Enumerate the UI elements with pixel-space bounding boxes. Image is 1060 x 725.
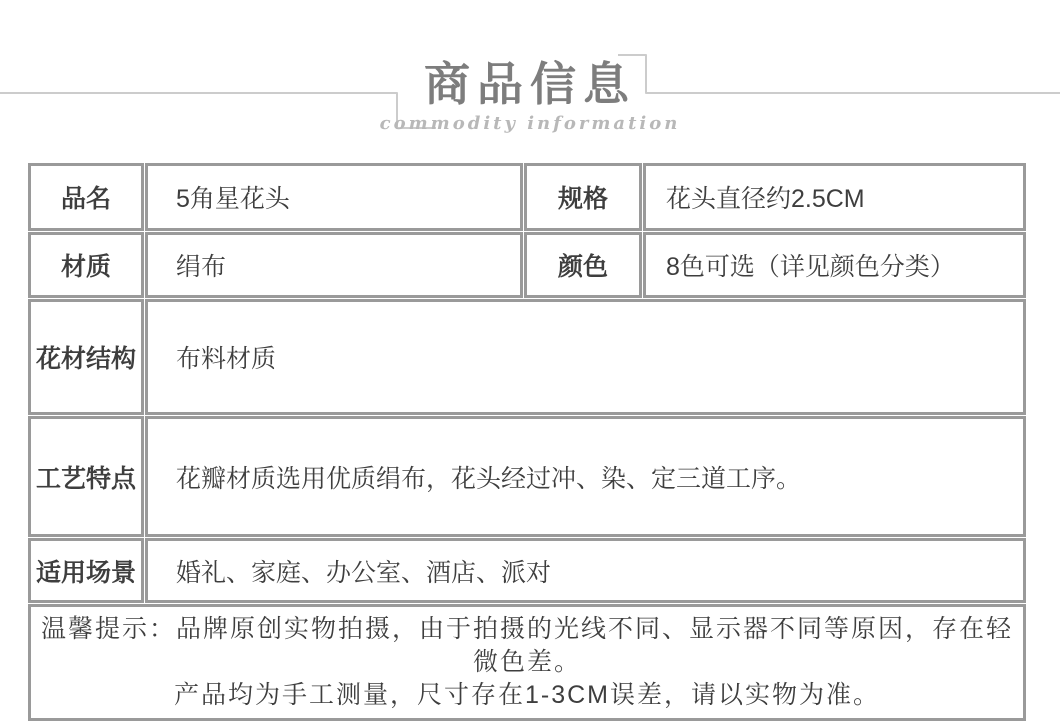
structure-value: 布料材质: [145, 299, 1026, 415]
color-label: 颜色: [524, 232, 642, 298]
notice-cell: 温馨提示：品牌原创实物拍摄，由于拍摄的光线不同、显示器不同等原因，存在轻微色差。…: [28, 604, 1026, 721]
craft-label: 工艺特点: [28, 416, 144, 537]
notice-row: 温馨提示：品牌原创实物拍摄，由于拍摄的光线不同、显示器不同等原因，存在轻微色差。…: [28, 604, 1026, 721]
product-name-label: 品名: [28, 163, 144, 231]
color-value: 8色可选（详见颜色分类）: [643, 232, 1026, 298]
product-info-table: 品名 5角星花头 规格 花头直径约2.5CM 材质 绢布 颜色 8色可选（详见颜…: [27, 162, 1027, 722]
notice-line-2: 产品均为手工测量，尺寸存在1-3CM误差，请以实物为准。: [41, 679, 1013, 712]
table-row: 材质 绢布 颜色 8色可选（详见颜色分类）: [28, 232, 1026, 298]
material-label: 材质: [28, 232, 144, 298]
page-subtitle: commodity information: [0, 111, 1060, 137]
table-row: 适用场景 婚礼、家庭、办公室、酒店、派对: [28, 538, 1026, 603]
spec-label: 规格: [524, 163, 642, 231]
page-title: 商品信息: [0, 58, 1060, 110]
craft-value: 花瓣材质选用优质绢布，花头经过冲、染、定三道工序。: [145, 416, 1026, 537]
notice-line-1: 温馨提示：品牌原创实物拍摄，由于拍摄的光线不同、显示器不同等原因，存在轻微色差。: [41, 613, 1013, 679]
product-info-page: 商品信息 commodity information 品名 5角星花头 规格 花…: [0, 0, 1060, 725]
scene-label: 适用场景: [28, 538, 144, 603]
material-value: 绢布: [145, 232, 523, 298]
product-name-value: 5角星花头: [145, 163, 523, 231]
table-row: 花材结构 布料材质: [28, 299, 1026, 415]
table-row: 品名 5角星花头 规格 花头直径约2.5CM: [28, 163, 1026, 231]
structure-label: 花材结构: [28, 299, 144, 415]
scene-value: 婚礼、家庭、办公室、酒店、派对: [145, 538, 1026, 603]
table-row: 工艺特点 花瓣材质选用优质绢布，花头经过冲、染、定三道工序。: [28, 416, 1026, 537]
spec-value: 花头直径约2.5CM: [643, 163, 1026, 231]
